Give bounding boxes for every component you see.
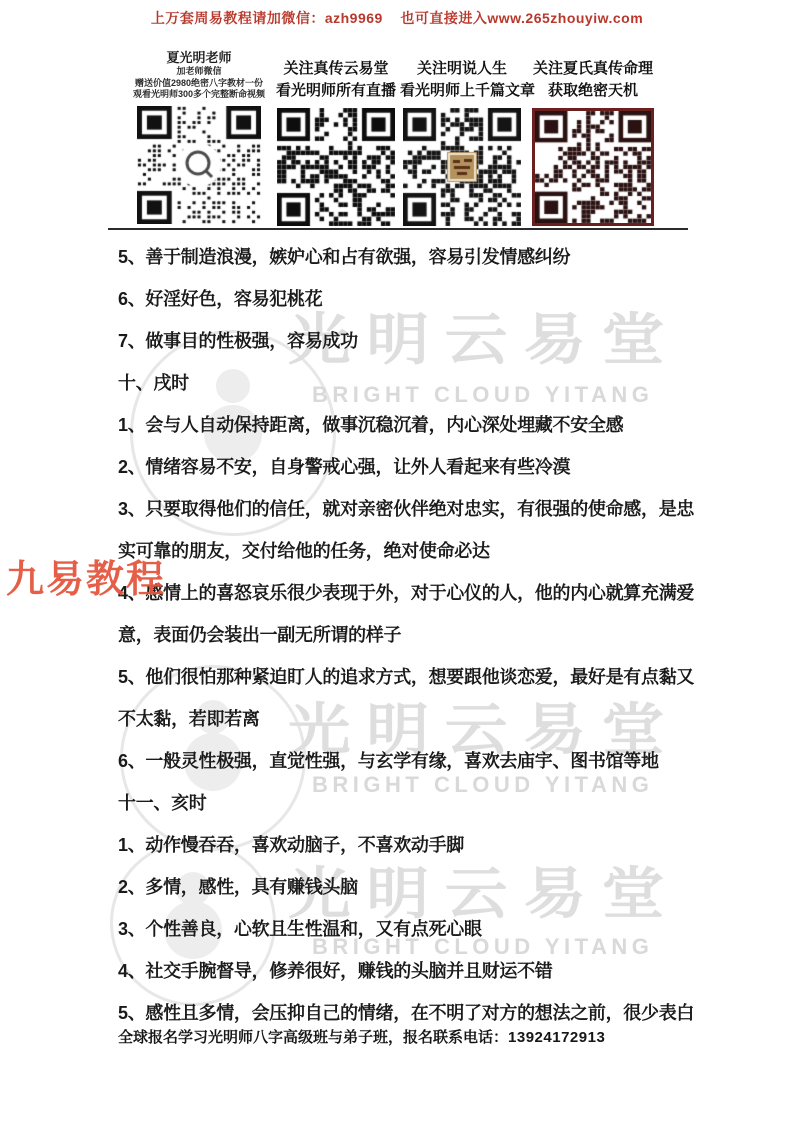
footer-text: 全球报名学习光明师八字高级班与弟子班，报名联系电话： — [118, 1029, 508, 1046]
qr-block-yitang-live: 关注真传云易堂 看光明师所有直播 — [276, 58, 396, 226]
body-line: 实可靠的朋友，交付给他的任务，绝对使命必达 — [118, 538, 684, 580]
qr-caption: 关注夏氏真传命理 — [528, 58, 658, 80]
body-line: 4、社交手腕督导，修养很好，赚钱的头脑并且财运不错 — [118, 958, 684, 1000]
footer-enroll-notice: 全球报名学习光明师八字高级班与弟子班，报名联系电话：13924172913 — [118, 1026, 605, 1047]
qr-block-mingshuo-articles: 关注明说人生 看光明师上千篇文章 — [400, 58, 524, 226]
qr-code-wechat-icon — [137, 106, 261, 224]
body-text: 5、善于制造浪漫，嫉妒心和占有欲强，容易引发情感纠纷 6、好淫好色，容易犯桃花 … — [118, 244, 684, 1042]
section-heading: 十、戌时 — [118, 370, 684, 412]
body-line: 6、一般灵性极强，直觉性强，与玄学有缘，喜欢去庙宇、图书馆等地 — [118, 748, 684, 790]
qr-caption: 观看光明师300多个完整断命视频 — [133, 89, 265, 101]
body-line: 5、他们很怕那种紧迫盯人的追求方式，想要跟他谈恋爱，最好是有点黏又 — [118, 664, 684, 706]
qr-block-teacher-wechat: 夏光明老师 加老师微信 赠送价值2980绝密八字教材一份 观看光明师300多个完… — [133, 50, 265, 224]
qr-caption: 看光明师所有直播 — [276, 80, 396, 102]
body-line: 4、感情上的喜怒哀乐很少表现于外，对于心仪的人，他的内心就算充满爱 — [118, 580, 684, 622]
body-line: 3、个性善良，心软且生性温和，又有点死心眼 — [118, 916, 684, 958]
qr-caption: 赠送价值2980绝密八字教材一份 — [133, 78, 265, 90]
body-line: 不太黏，若即若离 — [118, 706, 684, 748]
qr-block-xiashi-secrets: 关注夏氏真传命理 获取绝密天机 — [528, 58, 658, 226]
document-page: 上万套周易教程请加微信：azh9969 也可直接进入www.265zhouyiw… — [0, 0, 794, 1123]
qr-caption: 关注真传云易堂 — [276, 58, 396, 80]
footer-phone-number: 13924172913 — [508, 1029, 605, 1046]
body-line: 2、多情，感性，具有赚钱头脑 — [118, 874, 684, 916]
qr-caption: 加老师微信 — [133, 66, 265, 78]
body-line: 2、情绪容易不安，自身警戒心强，让外人看起来有些冷漠 — [118, 454, 684, 496]
body-line: 5、善于制造浪漫，嫉妒心和占有欲强，容易引发情感纠纷 — [118, 244, 684, 286]
jiuyi-jiaocheng-stamp: 九易教程 — [6, 548, 166, 603]
qr-code-icon — [277, 108, 395, 226]
qr-caption: 看光明师上千篇文章 — [400, 80, 524, 102]
body-line: 1、会与人自动保持距离，做事沉稳沉着，内心深处埋藏不安全感 — [118, 412, 684, 454]
qr-code-row: 夏光明老师 加老师微信 赠送价值2980绝密八字教材一份 观看光明师300多个完… — [0, 0, 794, 232]
qr-code-icon — [532, 108, 654, 226]
body-line: 3、只要取得他们的信任，就对亲密伙伴绝对忠实，有很强的使命感，是忠 — [118, 496, 684, 538]
qr-caption: 夏光明老师 — [133, 50, 265, 66]
section-divider — [108, 228, 688, 230]
qr-code-badge-icon — [403, 108, 521, 226]
body-line: 6、好淫好色，容易犯桃花 — [118, 286, 684, 328]
qr-caption: 获取绝密天机 — [528, 80, 658, 102]
body-line: 意，表面仍会装出一副无所谓的样子 — [118, 622, 684, 664]
qr-caption: 关注明说人生 — [400, 58, 524, 80]
body-line: 1、动作慢吞吞，喜欢动脑子，不喜欢动手脚 — [118, 832, 684, 874]
section-heading: 十一、亥时 — [118, 790, 684, 832]
body-line: 7、做事目的性极强，容易成功 — [118, 328, 684, 370]
